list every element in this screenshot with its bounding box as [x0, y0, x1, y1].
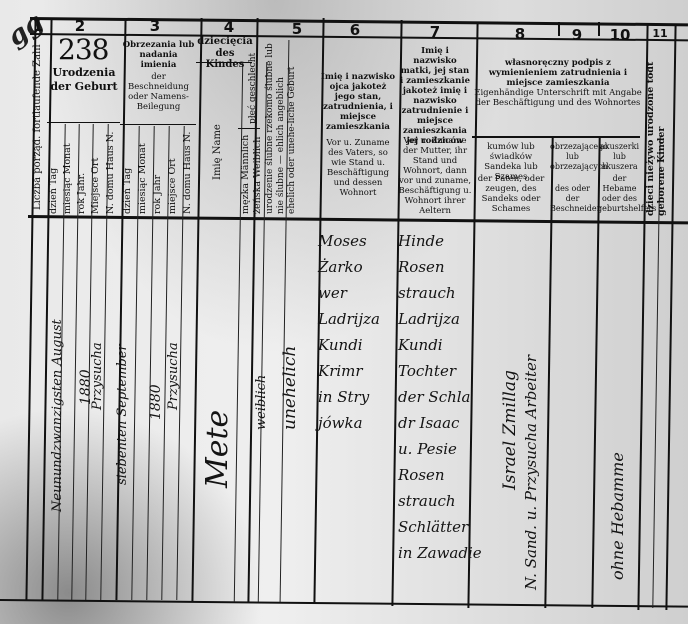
mother-line: der Schla — [398, 384, 474, 410]
mother-line: Rosen — [398, 462, 474, 488]
column-number: 6 — [330, 21, 380, 39]
col4-sex-header: płeć geschlecht — [248, 68, 258, 124]
witnesses-detail: N. Sand. u. Przysucha Arbeiter — [522, 260, 540, 590]
col2-sub-rule — [47, 122, 120, 123]
column-number: 10 — [605, 26, 635, 44]
col4-name-header: Imię Name — [212, 100, 223, 180]
mother-line: strauch — [398, 280, 474, 306]
mother-line: Kundi — [398, 332, 474, 358]
father-details: Moses Żarko wer Ladrijza Kundi Krimr in … — [318, 228, 396, 436]
column-number: 7 — [410, 23, 460, 41]
col6-header-pl: Imię i nazwisko ojca jakoteż jego stan, … — [320, 72, 396, 132]
column-number: 11 — [650, 27, 670, 40]
mother-line: in Zawadie — [398, 540, 474, 566]
col4-sub-female: żeńska Weiblich — [252, 132, 263, 214]
col7-header-pl: Imię i nazwisko matki, jej stan i zamies… — [398, 46, 472, 146]
col2-sub-place: Miejsce Ort — [90, 130, 101, 214]
col3-title-pl: Obrzezania lub nadania imienia — [121, 40, 196, 70]
col8-header-de: der Paten, oder zeugen, des Sandeks oder… — [474, 174, 548, 214]
mother-details: Hinde Rosen strauch Ladrijza Kundi Tocht… — [398, 228, 474, 566]
col3-sub-month: miesiąc Monat — [137, 132, 148, 214]
footer-rule — [0, 599, 688, 608]
col3-title-de: der Beschneidung oder Namens-Beilegung — [121, 72, 196, 112]
col3-sub-day: dzień Tag — [122, 132, 133, 214]
birth-date-text: Neunundzwanzigsten August — [50, 262, 65, 512]
father-line: Kundi — [318, 332, 396, 358]
mother-line: Tochter — [398, 358, 474, 384]
col4-title-de: des Kindes — [197, 48, 253, 70]
col11-header: dzieci nieżywo urodzone todt geborene Ki… — [645, 60, 669, 216]
col4-title-pl: dziecięcia — [197, 36, 253, 47]
father-line: wer — [318, 280, 396, 306]
father-line: in Stry — [318, 384, 396, 410]
col10-header-pl: akuszerki lub akuszera — [597, 142, 642, 172]
legitimacy: unehelich — [280, 290, 300, 430]
col-border — [558, 22, 560, 36]
column-number: 8 — [495, 25, 545, 43]
col4-sub-male: męzka Männlich — [240, 132, 251, 214]
mother-line: Hinde — [398, 228, 474, 254]
father-line: Moses — [318, 228, 396, 254]
mother-line: dr Isaac — [398, 410, 474, 436]
col2-sub-year: rok Jahr. — [76, 130, 87, 214]
col7-header-de: Vor u. Zuname der Mutter, ihr Stand und … — [398, 136, 472, 216]
midwife: ohne Hebamme — [608, 380, 627, 580]
col6-header-de: Vor u. Zuname des Vaters, so wie Stand u… — [320, 138, 396, 198]
col8-10-rule — [472, 136, 640, 138]
sex-female: weiblich — [254, 320, 269, 430]
header-bottom-rule — [28, 215, 688, 224]
col1-header: Liczba porząd. fortlaufende Zahl — [32, 40, 43, 210]
column-number: 9 — [562, 26, 592, 44]
col2-sub-day: dzień Tag — [48, 130, 59, 214]
col2-sub-house: N. domu Haus N. — [105, 130, 116, 214]
col2-title-pl: Urodzenia — [48, 66, 120, 80]
col2-title-de: der Geburt — [48, 80, 120, 94]
col-border — [598, 22, 600, 36]
mother-line: u. Pesie — [398, 436, 474, 462]
father-line: jówka — [318, 410, 396, 436]
father-line: Żarko — [318, 254, 396, 280]
col3-sub-year: rok Jahr — [152, 132, 163, 214]
column-number: 4 — [204, 18, 254, 36]
mother-line: strauch — [398, 488, 474, 514]
col3-sub-place: miejsce Ort — [167, 132, 178, 214]
birth-place: Przysucha — [90, 310, 105, 410]
col9-header-de: des oder der Beschneider — [550, 184, 595, 214]
col5-header: urodzenie ślubne rzekomo ślubne lub nie … — [265, 42, 315, 214]
naming-place: Przysucha — [166, 300, 181, 410]
naming-year: 1880 — [148, 340, 164, 420]
mother-line: Rosen — [398, 254, 474, 280]
father-line: Krimr — [318, 358, 396, 384]
col2-sub-month: miesiąc Monat — [62, 130, 73, 214]
naming-date-text: siebenten September — [115, 395, 130, 485]
col3-sub-house: N. domu Haus N. — [182, 132, 193, 214]
mother-line: Schlätter — [398, 514, 474, 540]
col10-header-de: der Hebame oder des geburtshelfers — [597, 174, 642, 214]
group-8-10-header-pl: własnoręczny podpis z wymienieniem zatru… — [474, 58, 642, 88]
column-number: 3 — [130, 17, 180, 35]
father-line: Ladrijza — [318, 306, 396, 332]
col9-header-pl: obrzezającego lub obrzezających — [550, 142, 595, 172]
group-8-10-header-de: Eigenhändige Unterschrift mit Angabe der… — [474, 88, 642, 108]
witnesses: Israel Zmillag — [500, 280, 520, 490]
child-name: Mete — [200, 368, 235, 488]
col3-sub-rule — [120, 124, 196, 125]
entry-number: 238 — [58, 33, 108, 66]
column-number: 5 — [282, 20, 312, 38]
mother-line: Ladrijza — [398, 306, 474, 332]
register-page: gg 1 2 3 4 5 6 7 8 9 10 11 Liczba porząd… — [0, 0, 688, 624]
column-number: 1 — [30, 17, 46, 35]
